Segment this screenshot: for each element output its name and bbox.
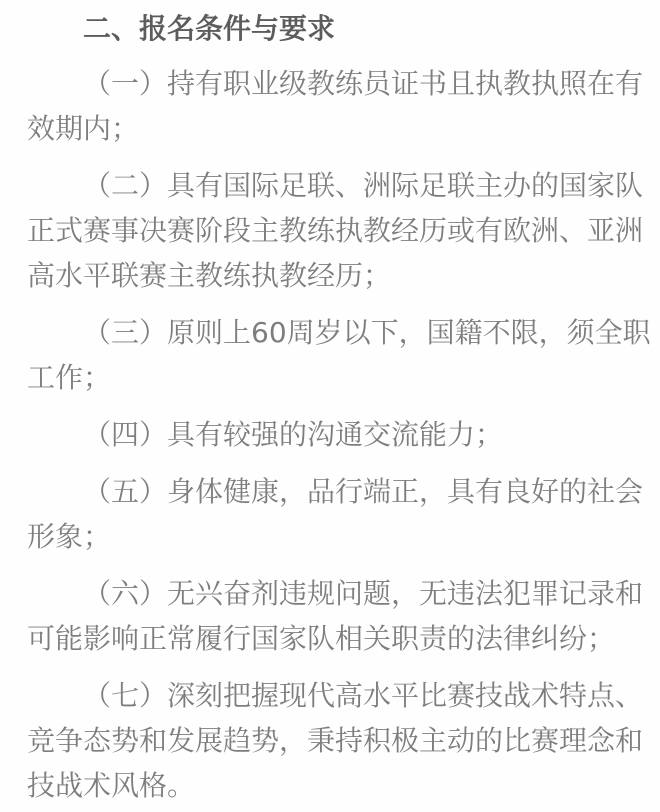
paragraph-line: （七）深刻把握现代高水平比赛技战术特点、 bbox=[27, 673, 642, 718]
paragraph-line: （六）无兴奋剂违规问题，无违法犯罪记录和 bbox=[27, 571, 642, 616]
paragraph-line: （一）持有职业级教练员证书且执教执照在有 bbox=[27, 61, 642, 106]
paragraph-line: （五）身体健康，品行端正，具有良好的社会 bbox=[27, 469, 642, 514]
requirement-item-6: （六）无兴奋剂违规问题，无违法犯罪记录和 可能影响正常履行国家队相关职责的法律纠… bbox=[27, 571, 642, 661]
paragraph-line: 可能影响正常履行国家队相关职责的法律纠纷； bbox=[27, 616, 642, 661]
paragraph-line: （二）具有国际足联、洲际足联主办的国家队 bbox=[27, 163, 642, 208]
requirement-item-5: （五）身体健康，品行端正，具有良好的社会 形象； bbox=[27, 469, 642, 559]
paragraph-line: 正式赛事决赛阶段主教练执教经历或有欧洲、亚洲 bbox=[27, 208, 642, 253]
requirement-item-7: （七）深刻把握现代高水平比赛技战术特点、 竞争态势和发展趋势，秉持积极主动的比赛… bbox=[27, 673, 642, 808]
article-body: 二、报名条件与要求 （一）持有职业级教练员证书且执教执照在有 效期内； （二）具… bbox=[0, 0, 660, 808]
paragraph-line: 竞争态势和发展趋势，秉持积极主动的比赛理念和 bbox=[27, 718, 642, 763]
paragraph-line: 技战术风格。 bbox=[27, 763, 642, 808]
requirement-item-1: （一）持有职业级教练员证书且执教执照在有 效期内； bbox=[27, 61, 642, 151]
paragraph-line: 形象； bbox=[27, 514, 642, 559]
section-heading: 二、报名条件与要求 bbox=[27, 6, 642, 51]
requirement-item-2: （二）具有国际足联、洲际足联主办的国家队 正式赛事决赛阶段主教练执教经历或有欧洲… bbox=[27, 163, 642, 298]
requirement-item-4: （四）具有较强的沟通交流能力； bbox=[27, 412, 642, 457]
article-page: { "document": { "heading": "二、报名条件与要求", … bbox=[0, 0, 660, 812]
requirement-item-3: （三）原则上60周岁以下，国籍不限，须全职 工作； bbox=[27, 310, 642, 400]
paragraph-line: （三）原则上60周岁以下，国籍不限，须全职 bbox=[27, 310, 642, 355]
paragraph-line: （四）具有较强的沟通交流能力； bbox=[27, 412, 642, 457]
paragraph-line: 高水平联赛主教练执教经历； bbox=[27, 253, 642, 298]
paragraph-line: 效期内； bbox=[27, 106, 642, 151]
paragraph-line: 工作； bbox=[27, 355, 642, 400]
